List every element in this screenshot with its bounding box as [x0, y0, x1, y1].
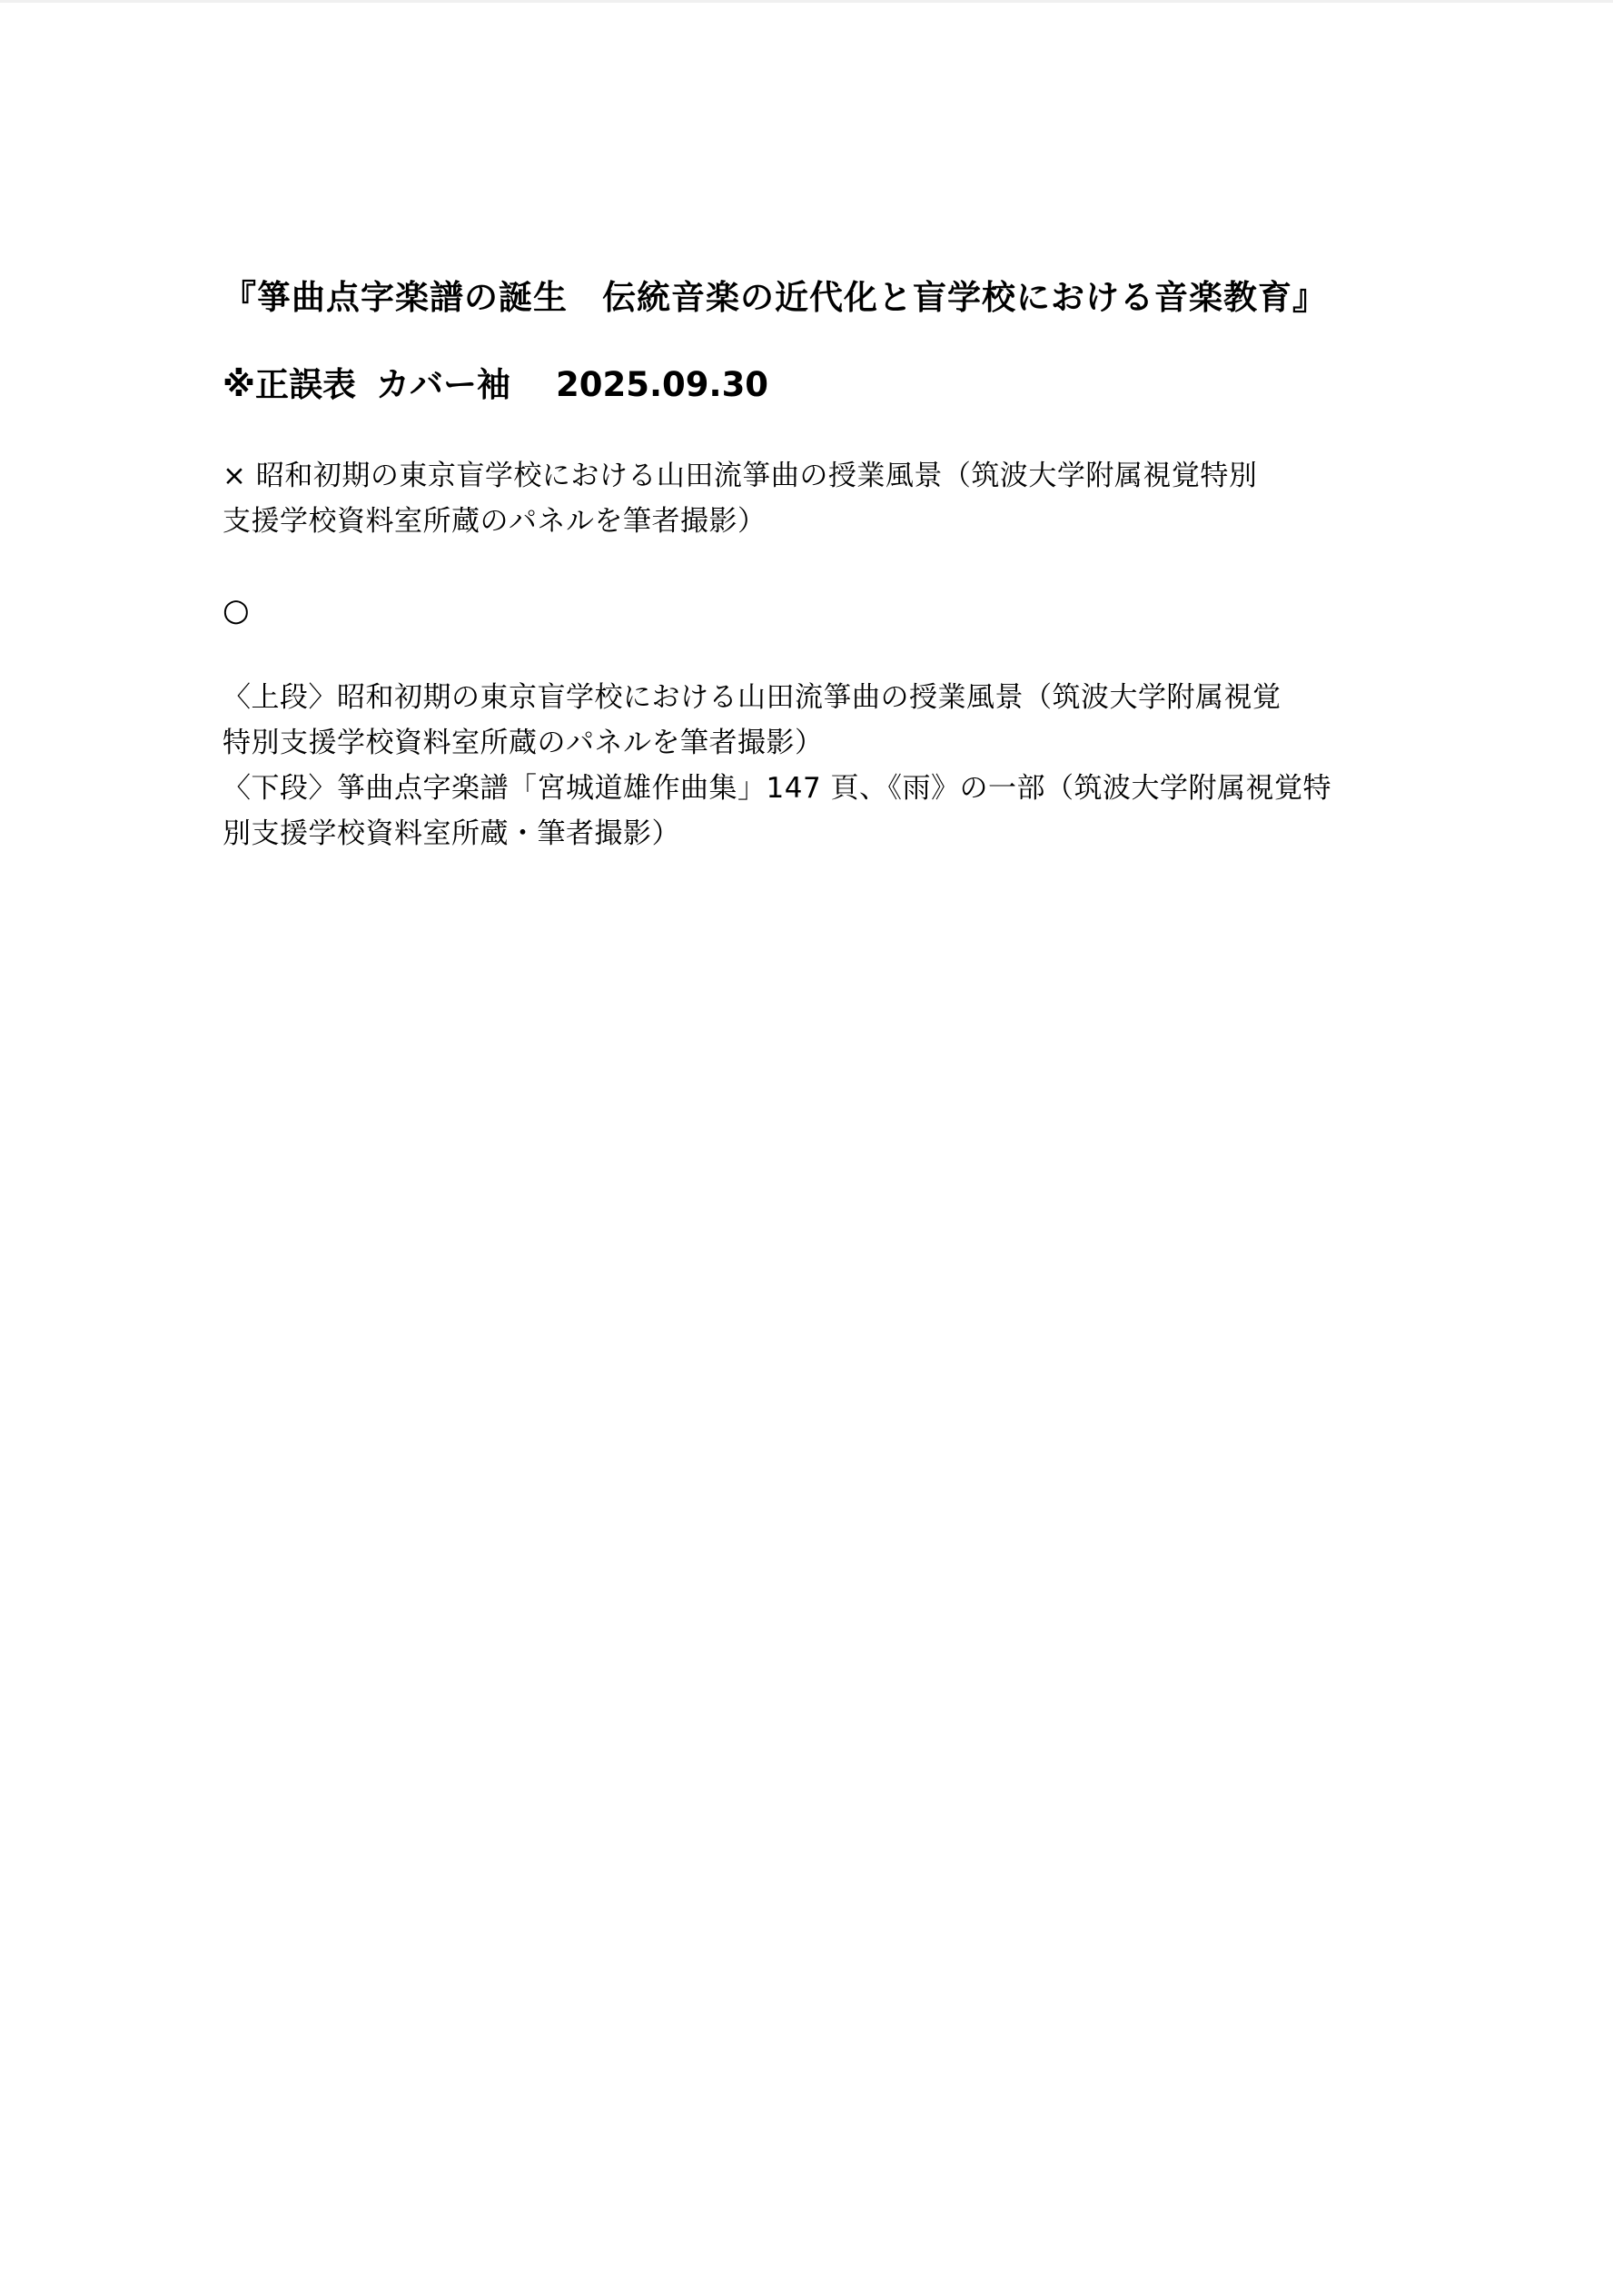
correct-text-line-4: 別支援学校資料室所蔵・筆者撮影） [223, 820, 680, 848]
correct-text-line-1: 〈上段〉昭和初期の東京盲学校における山田流箏曲の授業風景（筑波大学附属視覚 [223, 684, 1281, 712]
incorrect-text-line-1: × 昭和初期の東京盲学校における山田流箏曲の授業風景（筑波大学附属視覚特別 [223, 462, 1257, 490]
errata-label: ※正誤表 [223, 365, 356, 404]
correct-text-line-3: 〈下段〉箏曲点字楽譜「宮城道雄作曲集」147 頁、《雨》の一部（筑波大学附属視覚… [223, 775, 1331, 803]
document-page: 『箏曲点字楽譜の誕生 伝統音楽の近代化と盲学校における音楽教育』 ※正誤表カバー… [0, 3, 1613, 2296]
correct-mark: ○ [223, 595, 250, 626]
errata-heading: ※正誤表カバー袖2025.09.30 [223, 368, 768, 401]
incorrect-text-line-2: 支援学校資料室所蔵のパネルを筆者撮影） [223, 508, 767, 536]
book-title: 『箏曲点字楽譜の誕生 伝統音楽の近代化と盲学校における音楽教育』 [223, 281, 1327, 314]
errata-date: 2025.09.30 [556, 365, 768, 404]
correct-text-line-2: 特別支援学校資料室所蔵のパネルを筆者撮影） [223, 729, 824, 757]
errata-section: カバー袖 [376, 365, 510, 404]
